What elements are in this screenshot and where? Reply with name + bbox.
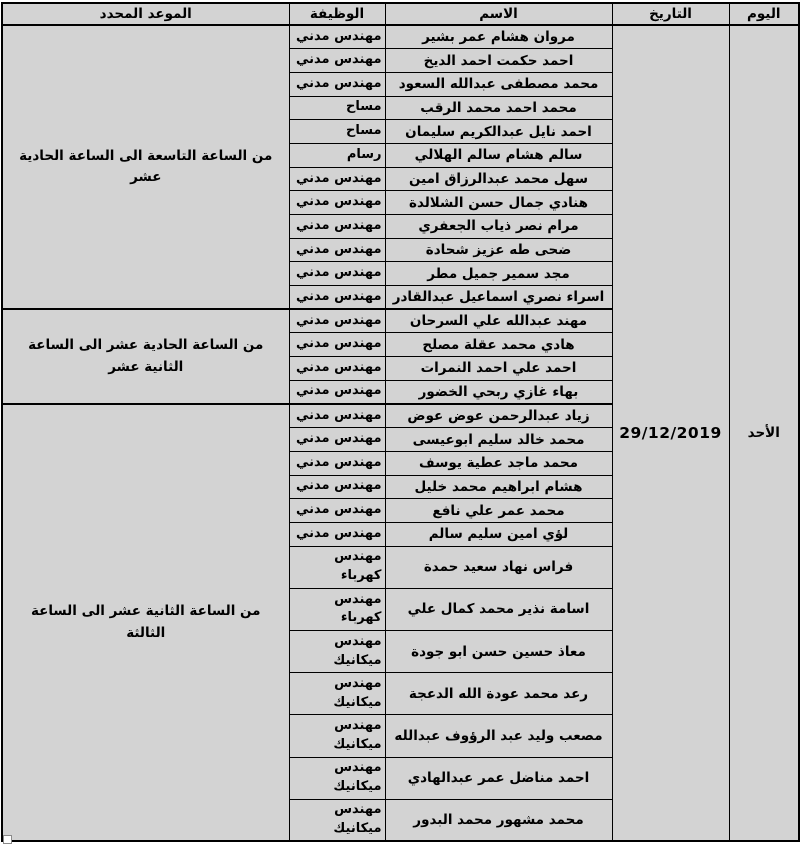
time-slot-cell: من الساعة الحادية عشر الى الساعة الثانية… bbox=[2, 309, 289, 404]
name-cell: بهاء غازي ربحي الخضور bbox=[385, 380, 612, 404]
name-cell: محمد خالد سليم ابوعيسى bbox=[385, 428, 612, 452]
job-cell: مهندس مدني bbox=[289, 286, 385, 310]
job-cell: مهندس مدني bbox=[289, 25, 385, 49]
job-cell: مهندس مدني bbox=[289, 215, 385, 239]
table-body: الأحد29/12/2019مروان هشام عمر بشيرمهندس … bbox=[2, 25, 799, 841]
name-cell: هادي محمد عقلة مصلح bbox=[385, 333, 612, 357]
job-cell: مهندس مدني bbox=[289, 522, 385, 546]
job-cell: مهندس مدني bbox=[289, 428, 385, 452]
time-slot-cell: من الساعة التاسعة الى الساعة الحادية عشر bbox=[2, 25, 289, 309]
job-cell: مهندس مدني bbox=[289, 357, 385, 381]
job-cell: مساح bbox=[289, 120, 385, 144]
name-cell: محمد مصطفى عبدالله السعود bbox=[385, 72, 612, 96]
job-cell: مهندس ميكانيك bbox=[289, 799, 385, 841]
job-cell: مهندس مدني bbox=[289, 380, 385, 404]
job-cell: مهندس مدني bbox=[289, 167, 385, 191]
job-cell: مهندس كهرباء bbox=[289, 546, 385, 588]
name-cell: مروان هشام عمر بشير bbox=[385, 25, 612, 49]
job-cell: مهندس مدني bbox=[289, 72, 385, 96]
name-cell: رعد محمد عودة الله الدعجة bbox=[385, 673, 612, 715]
name-cell: ضحى طه عزيز شحادة bbox=[385, 238, 612, 262]
date-cell: 29/12/2019 bbox=[612, 25, 729, 841]
job-cell: مهندس ميكانيك bbox=[289, 715, 385, 757]
name-cell: زياد عبدالرحمن عوض عوض bbox=[385, 404, 612, 428]
name-cell: محمد مشهور محمد البدور bbox=[385, 799, 612, 841]
name-cell: مصعب وليد عبد الرؤوف عبدالله bbox=[385, 715, 612, 757]
job-cell: مهندس ميكانيك bbox=[289, 631, 385, 673]
job-cell: مهندس مدني bbox=[289, 499, 385, 523]
day-cell: الأحد bbox=[729, 25, 799, 841]
header-day: اليوم bbox=[729, 3, 799, 25]
name-cell: هنادي جمال حسن الشلالدة bbox=[385, 191, 612, 215]
name-cell: سهل محمد عبدالرزاق امين bbox=[385, 167, 612, 191]
name-cell: محمد احمد محمد الرقب bbox=[385, 96, 612, 120]
name-cell: محمد عمر علي نافع bbox=[385, 499, 612, 523]
name-cell: هشام ابراهيم محمد خليل bbox=[385, 475, 612, 499]
name-cell: مجد سمير جميل مطر bbox=[385, 262, 612, 286]
name-cell: سالم هشام سالم الهلالي bbox=[385, 143, 612, 167]
job-cell: رسام bbox=[289, 143, 385, 167]
job-cell: مهندس مدني bbox=[289, 451, 385, 475]
name-cell: اسامة نذير محمد كمال علي bbox=[385, 588, 612, 630]
name-cell: احمد نايل عبدالكريم سليمان bbox=[385, 120, 612, 144]
name-cell: احمد علي احمد النمرات bbox=[385, 357, 612, 381]
header-job: الوظيفة bbox=[289, 3, 385, 25]
job-cell: مهندس مدني bbox=[289, 49, 385, 73]
job-cell: مهندس مدني bbox=[289, 404, 385, 428]
name-cell: احمد حكمت احمد الديخ bbox=[385, 49, 612, 73]
name-cell: احمد مناضل عمر عبدالهادي bbox=[385, 757, 612, 799]
header-appointment: الموعد المحدد bbox=[2, 3, 289, 25]
name-cell: لؤي امين سليم سالم bbox=[385, 522, 612, 546]
name-cell: اسراء نصري اسماعيل عبدالقادر bbox=[385, 286, 612, 310]
job-cell: مهندس ميكانيك bbox=[289, 673, 385, 715]
job-cell: مهندس مدني bbox=[289, 475, 385, 499]
job-cell: مهندس مدني bbox=[289, 309, 385, 333]
name-cell: محمد ماجد عطية يوسف bbox=[385, 451, 612, 475]
document-page: { "colors": { "cell_bg": "#d3d3d3", "bor… bbox=[0, 0, 803, 843]
job-cell: مهندس مدني bbox=[289, 333, 385, 357]
schedule-table: اليوم التاريخ الاسم الوظيفة الموعد المحد… bbox=[1, 2, 800, 842]
time-slot-cell: من الساعة الثانية عشر الى الساعة الثالثة bbox=[2, 404, 289, 841]
job-cell: مهندس ميكانيك bbox=[289, 757, 385, 799]
name-cell: معاذ حسين حسن ابو جودة bbox=[385, 631, 612, 673]
name-cell: مرام نصر ذياب الجعفري bbox=[385, 215, 612, 239]
schedule-sheet: اليوم التاريخ الاسم الوظيفة الموعد المحد… bbox=[1, 2, 800, 842]
table-row: الأحد29/12/2019مروان هشام عمر بشيرمهندس … bbox=[2, 25, 799, 49]
name-cell: فراس نهاد سعيد حمدة bbox=[385, 546, 612, 588]
job-cell: مهندس كهرباء bbox=[289, 588, 385, 630]
name-cell: مهند عبدالله علي السرحان bbox=[385, 309, 612, 333]
job-cell: مهندس مدني bbox=[289, 262, 385, 286]
header-row: اليوم التاريخ الاسم الوظيفة الموعد المحد… bbox=[2, 3, 799, 25]
header-date: التاريخ bbox=[612, 3, 729, 25]
job-cell: مهندس مدني bbox=[289, 238, 385, 262]
job-cell: مهندس مدني bbox=[289, 191, 385, 215]
job-cell: مساح bbox=[289, 96, 385, 120]
header-name: الاسم bbox=[385, 3, 612, 25]
